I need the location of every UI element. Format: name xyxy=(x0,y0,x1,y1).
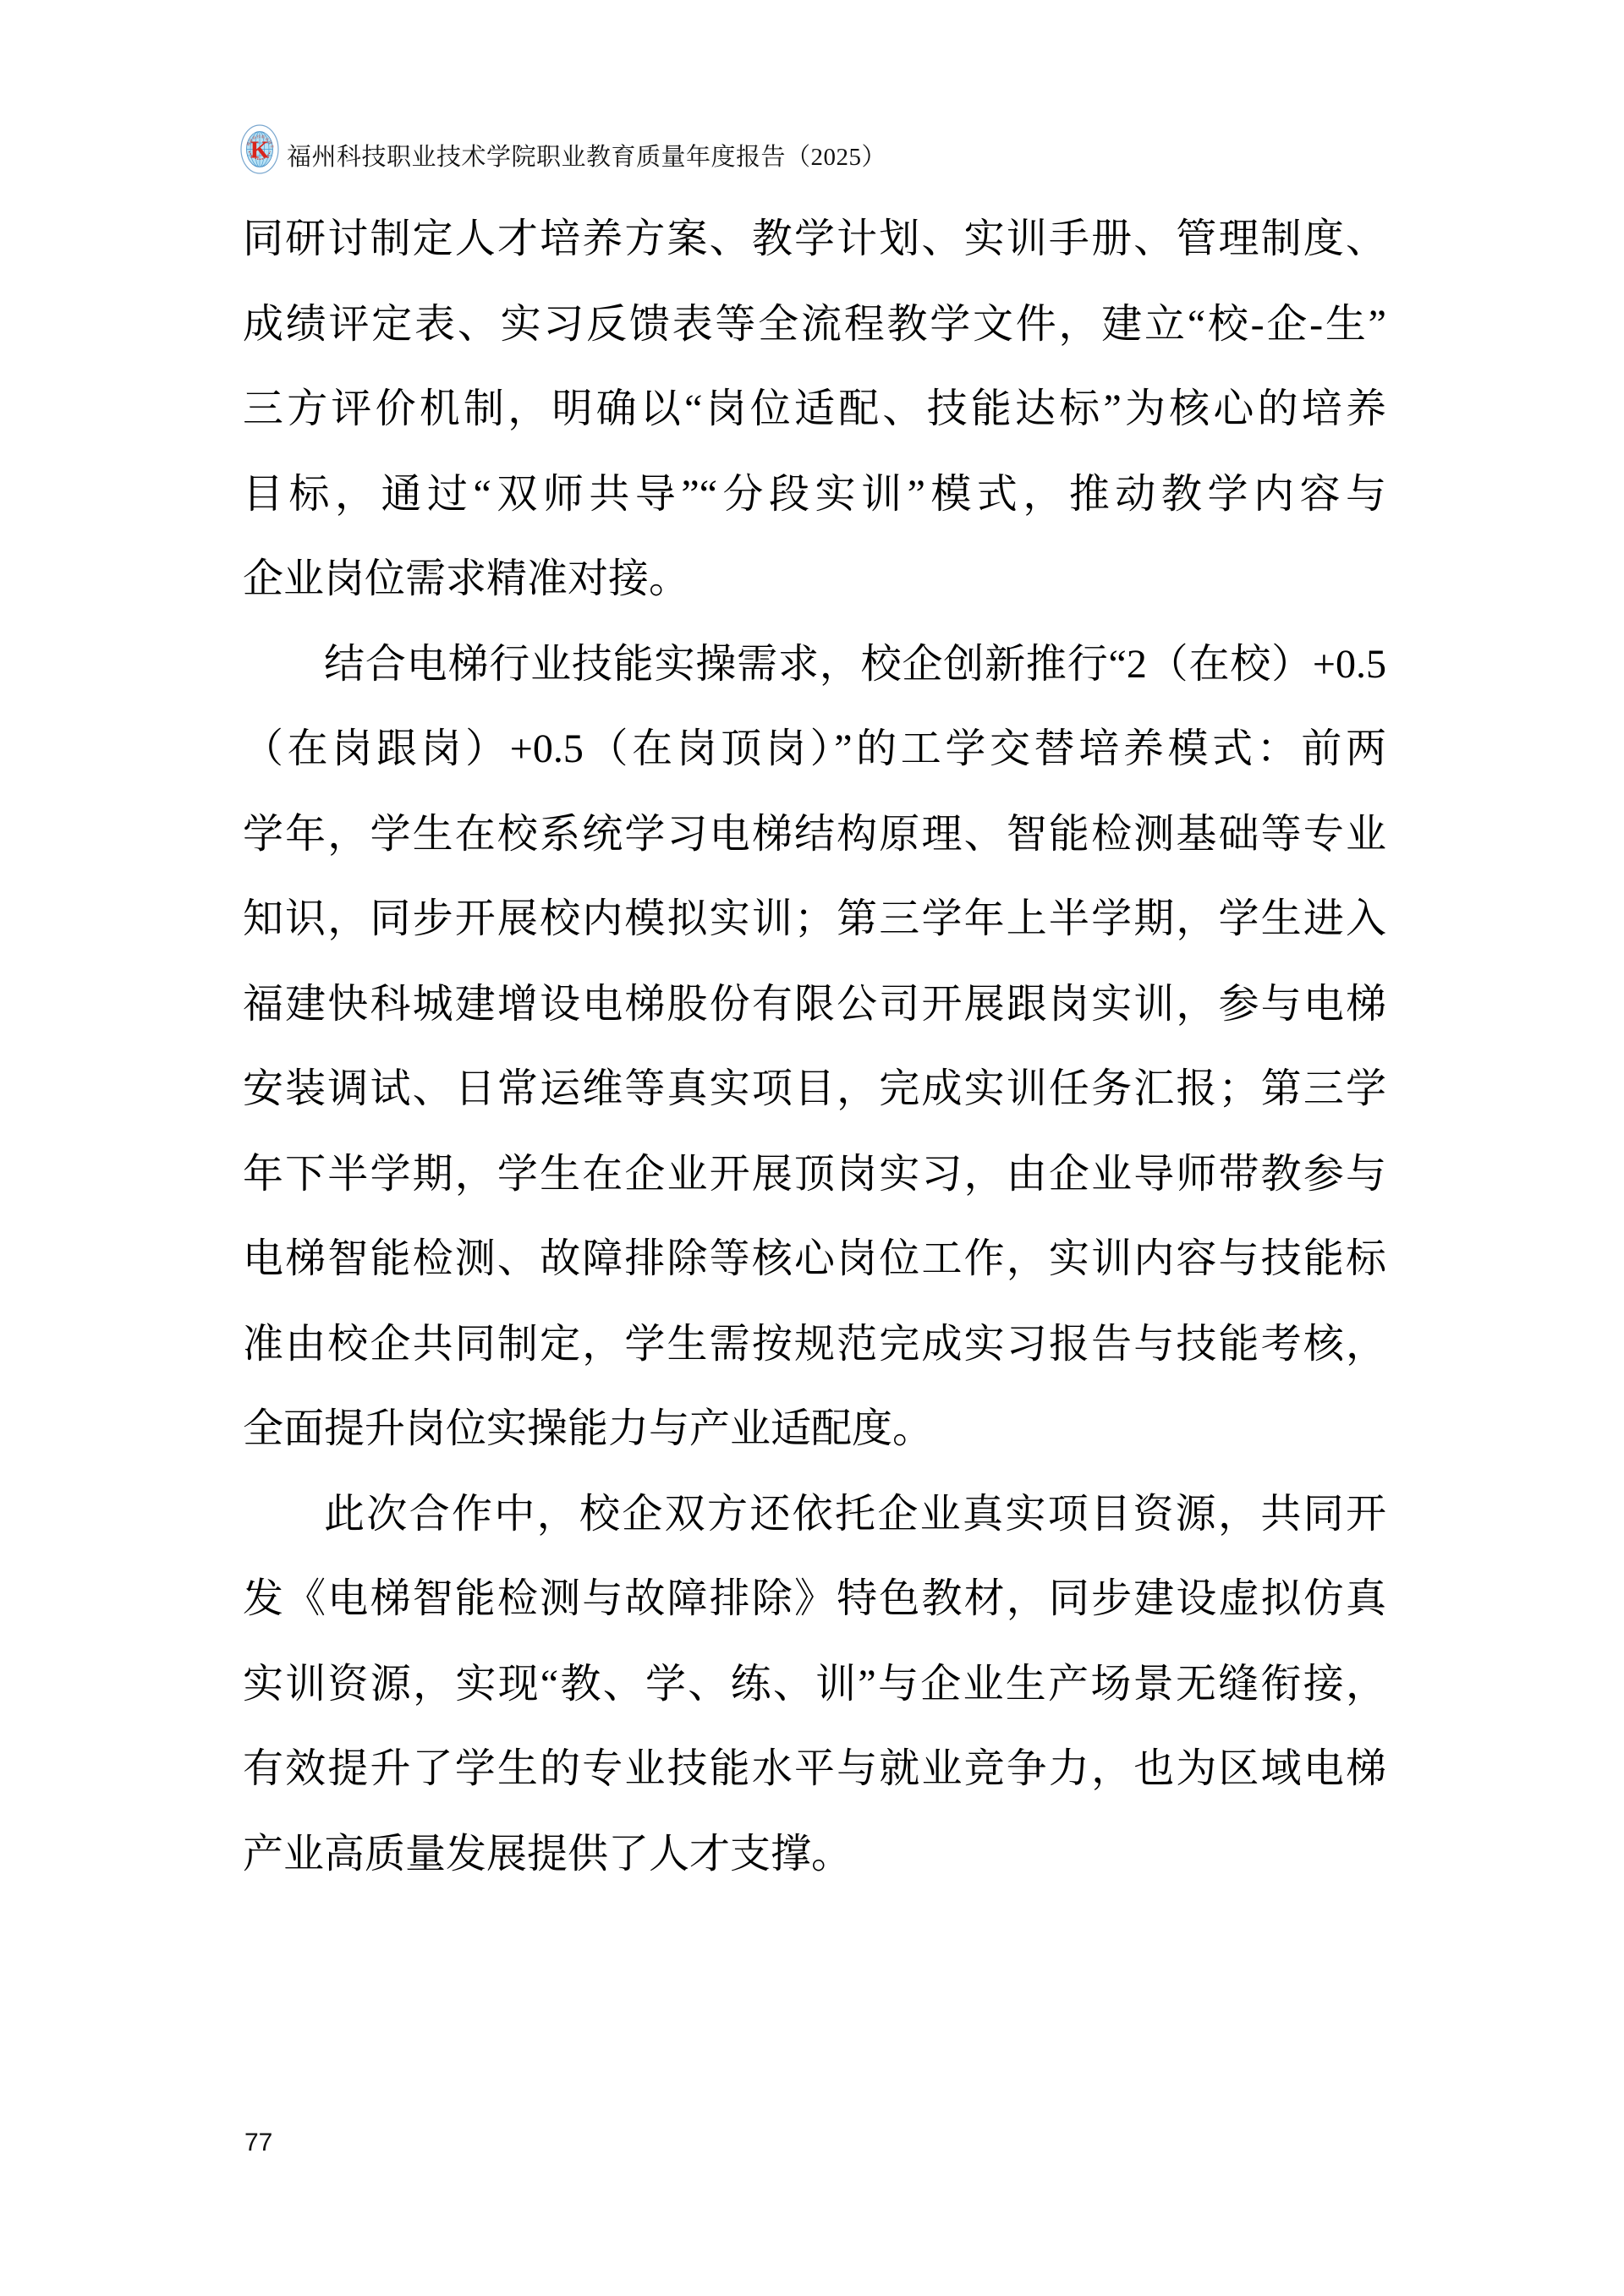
page-number: 77 xyxy=(244,2128,272,2158)
body-line: 全面提升岗位实操能力与产业适配度。 xyxy=(243,1387,1386,1472)
body-line: 成绩评定表、实习反馈表等全流程教学文件，建立“校-企-生” xyxy=(243,282,1386,368)
page-header: 福州科技职业技术学院 K 福州科技职业技术学院职业教育质量年度报告（2025） xyxy=(240,115,886,174)
body-line: （在岗跟岗）+0.5（在岗顶岗）”的工学交替培养模式：前两 xyxy=(243,707,1386,792)
school-logo-emblem: 福州科技职业技术学院 K xyxy=(240,124,279,174)
body-line: 结合电梯行业技能实操需求，校企创新推行“2（在校）+0.5 xyxy=(243,622,1386,708)
body-line: 有效提升了学生的专业技能水平与就业竞争力，也为区域电梯 xyxy=(243,1727,1386,1812)
body-line: 年下半学期，学生在企业开展顶岗实习，由企业导师带教参与 xyxy=(243,1132,1386,1218)
body-line: 知识，同步开展校内模拟实训；第三学年上半学期，学生进入 xyxy=(243,877,1386,962)
body-line: 安装调试、日常运维等真实项目，完成实训任务汇报；第三学 xyxy=(243,1047,1386,1132)
body-line: 电梯智能检测、故障排除等核心岗位工作，实训内容与技能标 xyxy=(243,1217,1386,1302)
document-body: 同研讨制定人才培养方案、教学计划、实训手册、管理制度、成绩评定表、实习反馈表等全… xyxy=(243,197,1386,1897)
body-line: 此次合作中，校企双方还依托企业真实项目资源，共同开 xyxy=(243,1472,1386,1558)
logo-letter: K xyxy=(250,137,270,164)
body-line: 实训资源，实现“教、学、练、训”与企业生产场景无缝衔接， xyxy=(243,1642,1386,1728)
body-line: 企业岗位需求精准对接。 xyxy=(243,537,1386,622)
header-title: 福州科技职业技术学院职业教育质量年度报告（2025） xyxy=(287,140,886,174)
body-line: 三方评价机制，明确以“岗位适配、技能达标”为核心的培养 xyxy=(243,367,1386,452)
school-logo: 福州科技职业技术学院 K xyxy=(240,124,279,174)
body-line: 同研讨制定人才培养方案、教学计划、实训手册、管理制度、 xyxy=(243,197,1386,282)
document-page: 福州科技职业技术学院 K 福州科技职业技术学院职业教育质量年度报告（2025） … xyxy=(0,0,1624,2296)
body-line: 学年，学生在校系统学习电梯结构原理、智能检测基础等专业 xyxy=(243,792,1386,878)
body-line: 准由校企共同制定，学生需按规范完成实习报告与技能考核， xyxy=(243,1302,1386,1388)
body-line: 福建快科城建增设电梯股份有限公司开展跟岗实训，参与电梯 xyxy=(243,962,1386,1048)
body-line: 目标，通过“双师共导”“分段实训”模式，推动教学内容与 xyxy=(243,452,1386,538)
body-line: 产业高质量发展提供了人才支撑。 xyxy=(243,1812,1386,1898)
body-line: 发《电梯智能检测与故障排除》特色教材，同步建设虚拟仿真 xyxy=(243,1557,1386,1642)
